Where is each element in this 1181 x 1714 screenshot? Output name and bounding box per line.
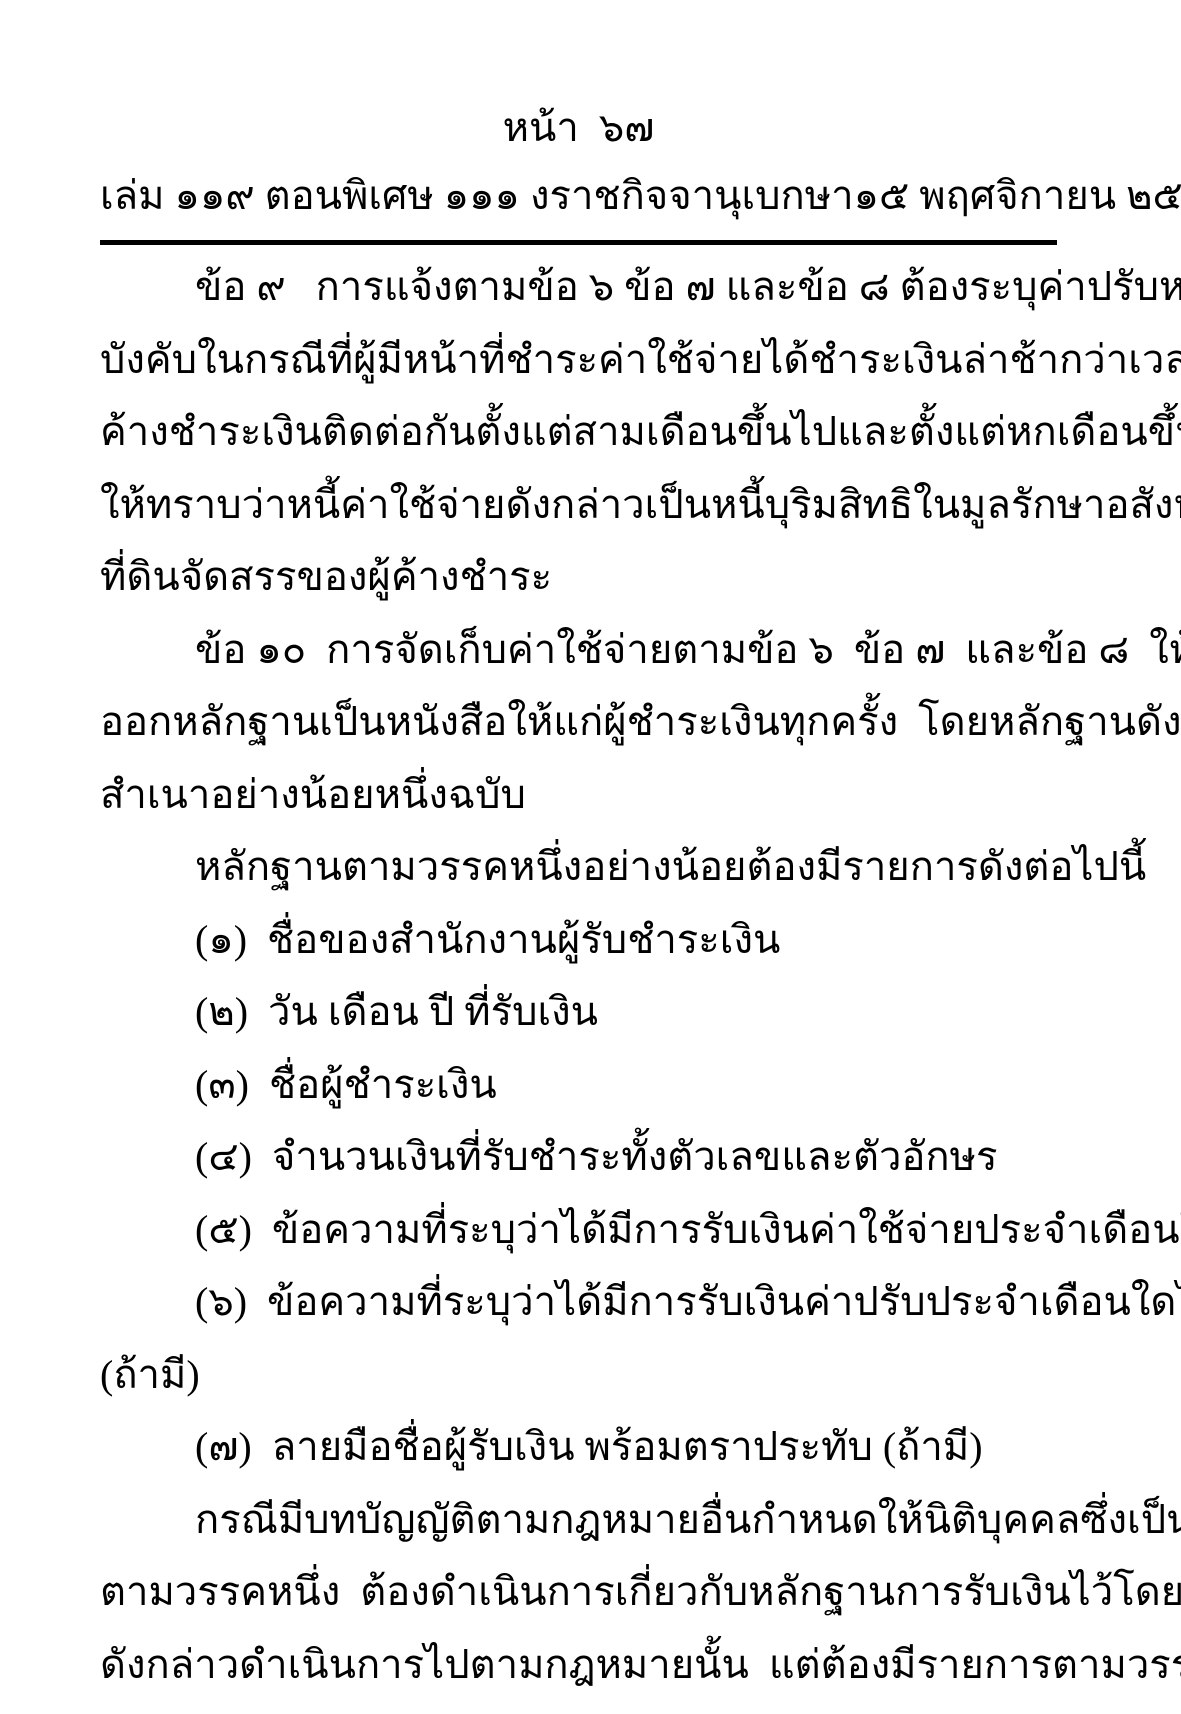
body-line: ดังกล่าวดำเนินการไปตามกฎหมายนั้น แต่ต้อง… (100, 1629, 1057, 1702)
header-divider (100, 240, 1057, 245)
list-item: (๖) ข้อความที่ระบุว่าได้มีการรับเงินค่าป… (100, 1266, 1057, 1339)
body-line: บังคับในกรณีที่ผู้มีหน้าที่ชำระค่าใช้จ่า… (100, 324, 1057, 397)
document-body: ข้อ ๙ การแจ้งตามข้อ ๖ ข้อ ๗ และข้อ ๘ ต้อ… (100, 251, 1057, 1701)
masthead: เล่ม ๑๑๙ ตอนพิเศษ ๑๑๑ ง ราชกิจจานุเบกษา … (100, 172, 1057, 220)
body-line: ข้อ ๑๐ การจัดเก็บค่าใช้จ่ายตามข้อ ๖ ข้อ … (100, 614, 1057, 687)
list-item: (๑) ชื่อของสำนักงานผู้รับชำระเงิน (100, 904, 1057, 977)
body-line: ที่ดินจัดสรรของผู้ค้างชำระ (100, 541, 1057, 614)
body-line: ให้ทราบว่าหนี้ค่าใช้จ่ายดังกล่าวเป็นหนี้… (100, 469, 1057, 542)
body-line: (ถ้ามี) (100, 1339, 1057, 1412)
list-item: (๕) ข้อความที่ระบุว่าได้มีการรับเงินค่าใ… (100, 1194, 1057, 1267)
body-line: หลักฐานตามวรรคหนึ่งอย่างน้อยต้องมีรายการ… (100, 831, 1057, 904)
list-item: (๔) จำนวนเงินที่รับชำระทั้งตัวเลขและตัวอ… (100, 1121, 1057, 1194)
body-line: กรณีมีบทบัญญัติตามกฎหมายอื่นกำหนดให้นิติ… (100, 1484, 1057, 1557)
volume-info: เล่ม ๑๑๙ ตอนพิเศษ ๑๑๑ ง (100, 172, 549, 220)
body-line: ค้างชำระเงินติดต่อกันตั้งแต่สามเดือนขึ้น… (100, 396, 1057, 469)
gazette-page: หน้า ๖๗ เล่ม ๑๑๙ ตอนพิเศษ ๑๑๑ ง ราชกิจจา… (0, 0, 1181, 1714)
page-content: หน้า ๖๗ เล่ม ๑๑๙ ตอนพิเศษ ๑๑๑ ง ราชกิจจา… (0, 0, 1181, 1701)
body-line: ตามวรรคหนึ่ง ต้องดำเนินการเกี่ยวกับหลักฐ… (100, 1556, 1057, 1629)
list-item: (๒) วัน เดือน ปี ที่รับเงิน (100, 976, 1057, 1049)
page-number: หน้า ๖๗ (100, 104, 1057, 152)
list-item: (๓) ชื่อผู้ชำระเงิน (100, 1049, 1057, 1122)
list-item: (๗) ลายมือชื่อผู้รับเงิน พร้อมตราประทับ … (100, 1411, 1057, 1484)
publication-date: ๑๕ พฤศจิกายน ๒๕๔๕ (854, 172, 1181, 220)
body-line: ข้อ ๙ การแจ้งตามข้อ ๖ ข้อ ๗ และข้อ ๘ ต้อ… (100, 251, 1057, 324)
body-line: สำเนาอย่างน้อยหนึ่งฉบับ (100, 759, 1057, 832)
gazette-title: ราชกิจจานุเบกษา (549, 172, 853, 220)
body-line: ออกหลักฐานเป็นหนังสือให้แก่ผู้ชำระเงินทุ… (100, 686, 1057, 759)
